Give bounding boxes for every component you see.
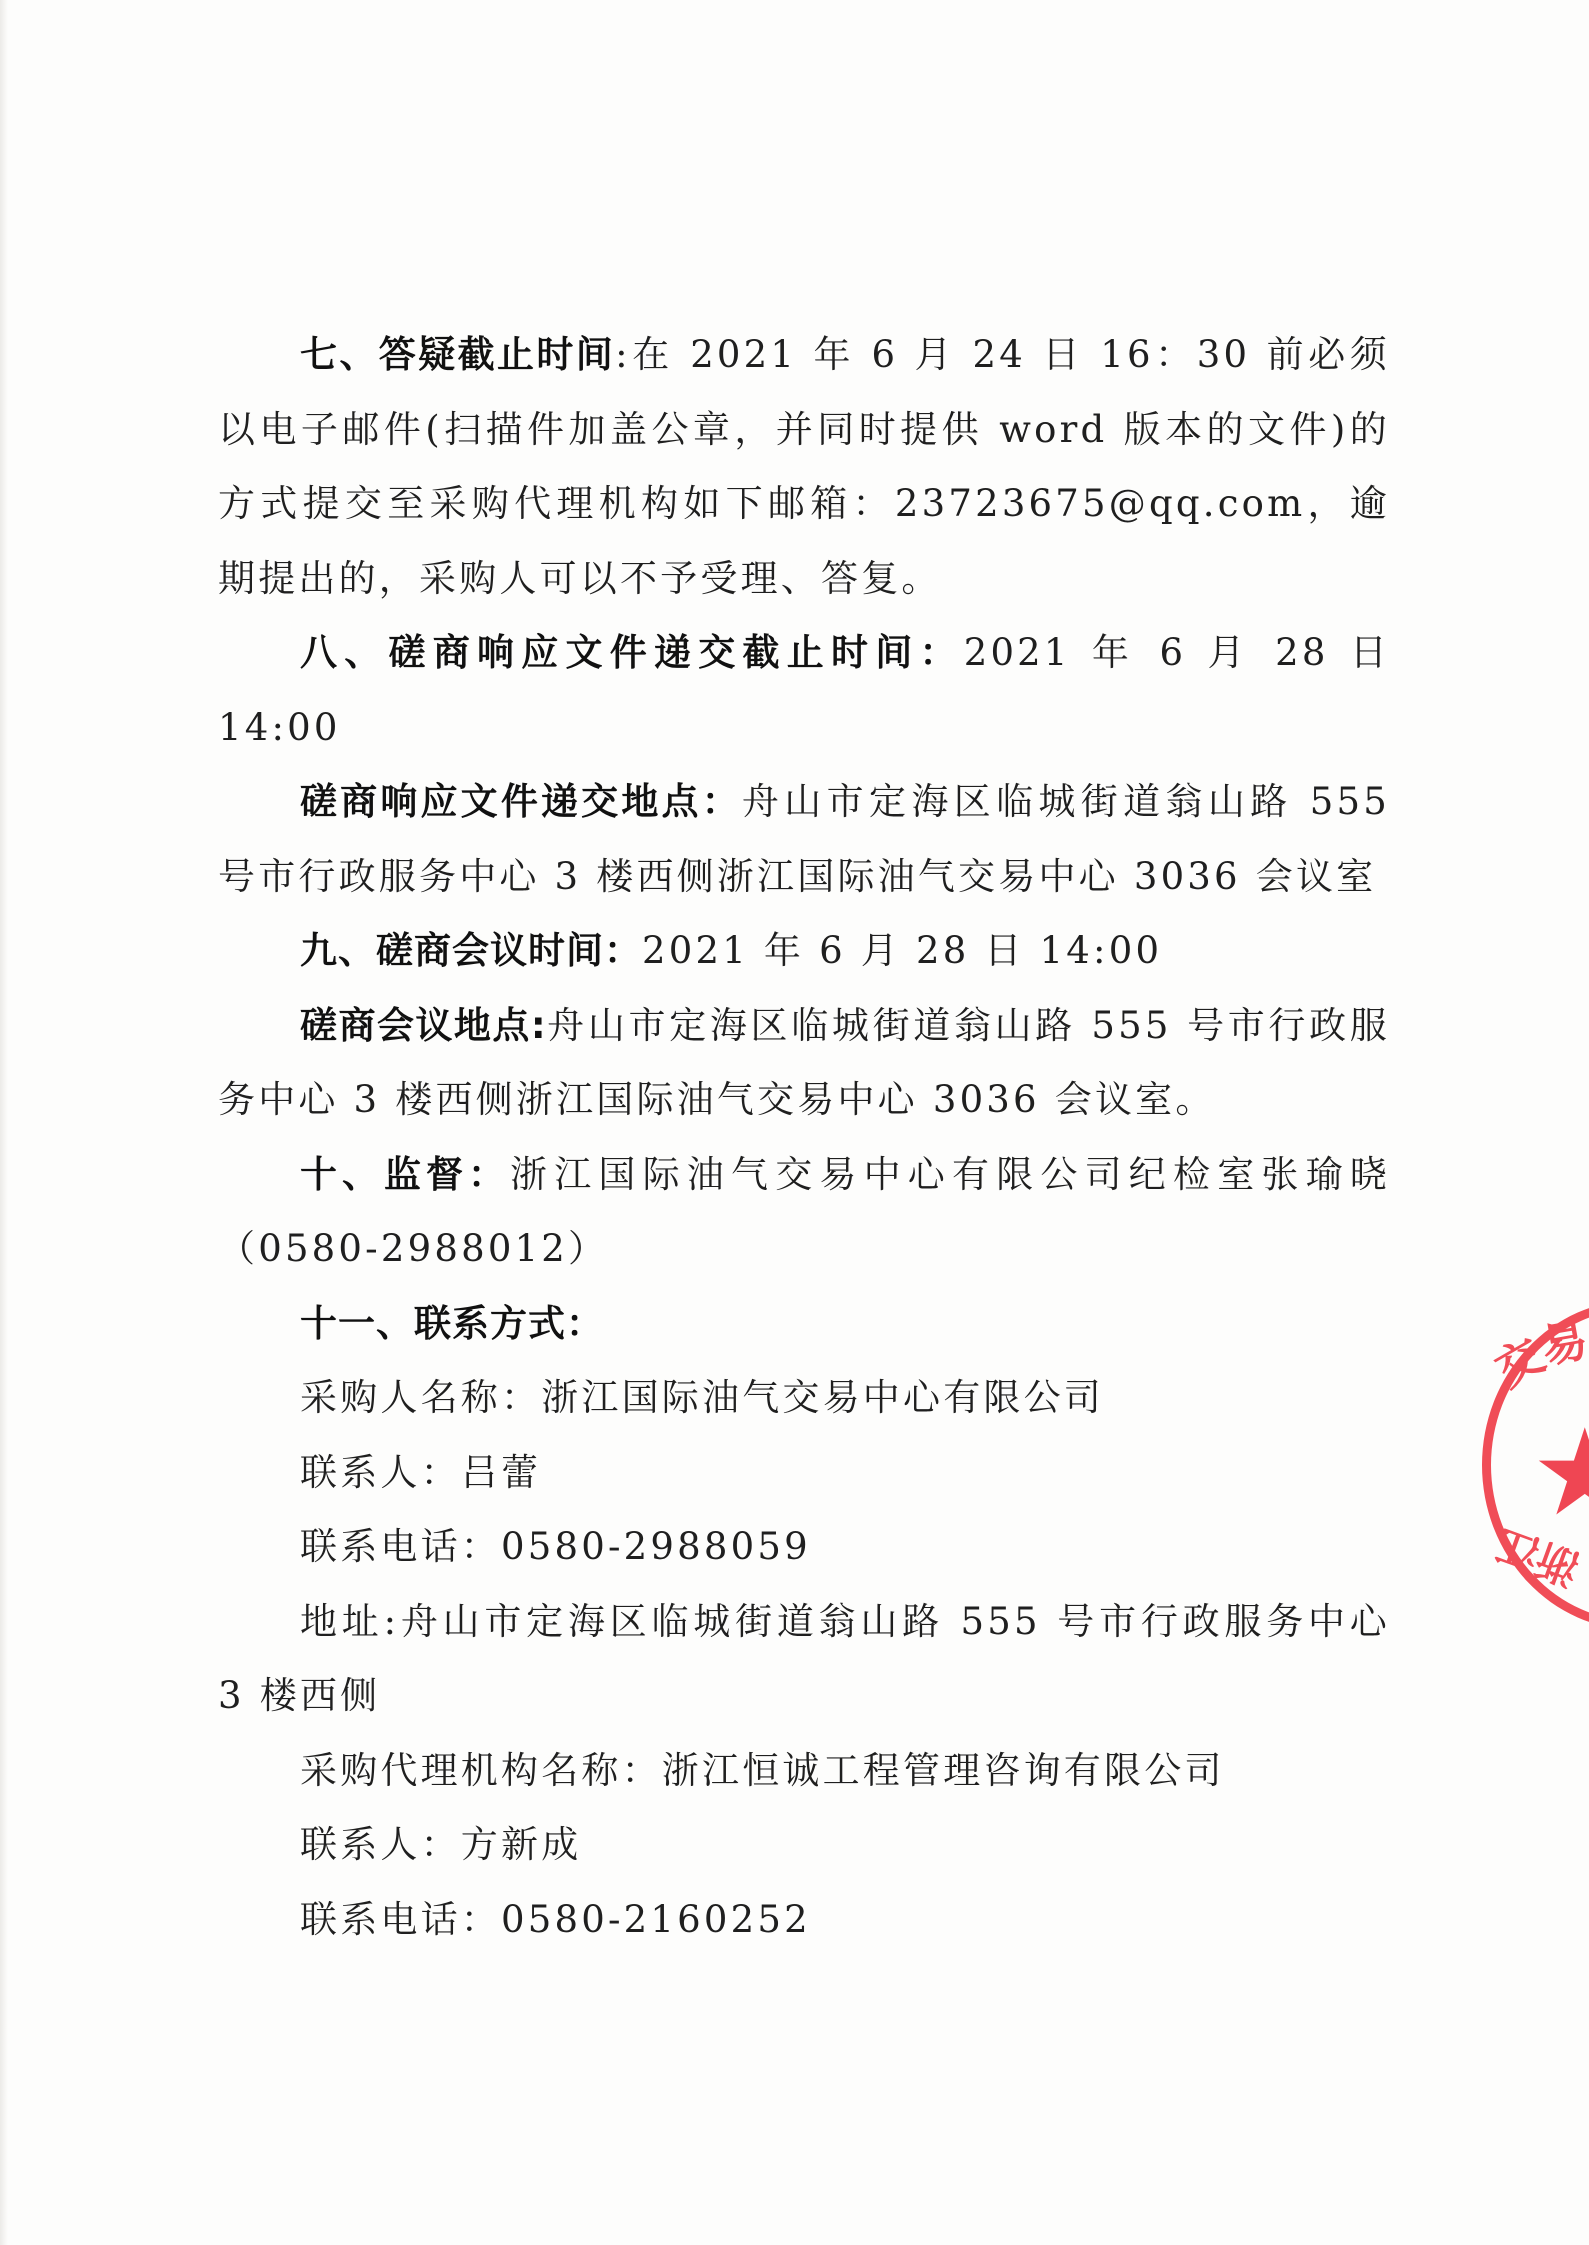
purchaser-phone: 联系电话：0580-2988059 [218, 1510, 1390, 1585]
section-submission-location: 磋商响应文件递交地点：舟山市定海区临城街道翁山路 555 号市行政服务中心 3 … [218, 765, 1390, 914]
heading-separator: : [531, 1004, 547, 1047]
section-text: 2021 年 6 月 28 日 14:00 [642, 929, 1162, 972]
heading-separator: ： [919, 631, 963, 674]
section-heading: 十一、联系方式 [300, 1302, 566, 1345]
heading-separator: ： [604, 929, 642, 972]
purchaser-name: 采购人名称：浙江国际油气交易中心有限公司 [218, 1361, 1390, 1436]
document-body: 七、答疑截止时间:在 2021 年 6 月 24 日 16：30 前必须以电子邮… [218, 318, 1390, 1957]
purchaser-contact: 联系人：吕蕾 [218, 1436, 1390, 1511]
heading-separator: ： [468, 1153, 510, 1196]
section-contact: 十一、联系方式： [218, 1287, 1390, 1362]
section-meeting-location: 磋商会议地点:舟山市定海区临城街道翁山路 555 号市行政服务中心 3 楼西侧浙… [218, 989, 1390, 1138]
section-heading: 磋商会议地点 [300, 1004, 531, 1047]
section-qa-deadline: 七、答疑截止时间:在 2021 年 6 月 24 日 16：30 前必须以电子邮… [218, 318, 1390, 616]
section-meeting-time: 九、磋商会议时间：2021 年 6 月 28 日 14:00 [218, 914, 1390, 989]
heading-separator: ： [702, 780, 742, 823]
heading-separator: : [615, 333, 631, 376]
section-supervision: 十、监督：浙江国际油气交易中心有限公司纪检室张瑜晓（0580-2988012） [218, 1138, 1390, 1287]
document-page: 七、答疑截止时间:在 2021 年 6 月 24 日 16：30 前必须以电子邮… [0, 0, 1589, 2245]
official-seal-stamp: 交 易 中 浙江 ★ [1482, 1300, 1589, 1630]
section-heading: 七、答疑截止时间 [300, 333, 615, 376]
section-heading: 十、监督 [300, 1153, 468, 1196]
section-heading: 九、磋商会议时间 [300, 929, 604, 972]
agency-name: 采购代理机构名称：浙江恒诚工程管理咨询有限公司 [218, 1734, 1390, 1809]
section-heading: 八、磋商响应文件递交截止时间 [300, 631, 919, 674]
purchaser-address: 地址:舟山市定海区临城街道翁山路 555 号市行政服务中心 3 楼西侧 [218, 1585, 1390, 1734]
agency-contact: 联系人：方新成 [218, 1808, 1390, 1883]
section-heading: 磋商响应文件递交地点 [300, 780, 702, 823]
heading-separator: ： [566, 1302, 604, 1345]
star-icon: ★ [1531, 1419, 1589, 1529]
agency-phone: 联系电话：0580-2160252 [218, 1883, 1390, 1958]
section-submission-deadline: 八、磋商响应文件递交截止时间：2021 年 6 月 28 日 14:00 [218, 616, 1390, 765]
